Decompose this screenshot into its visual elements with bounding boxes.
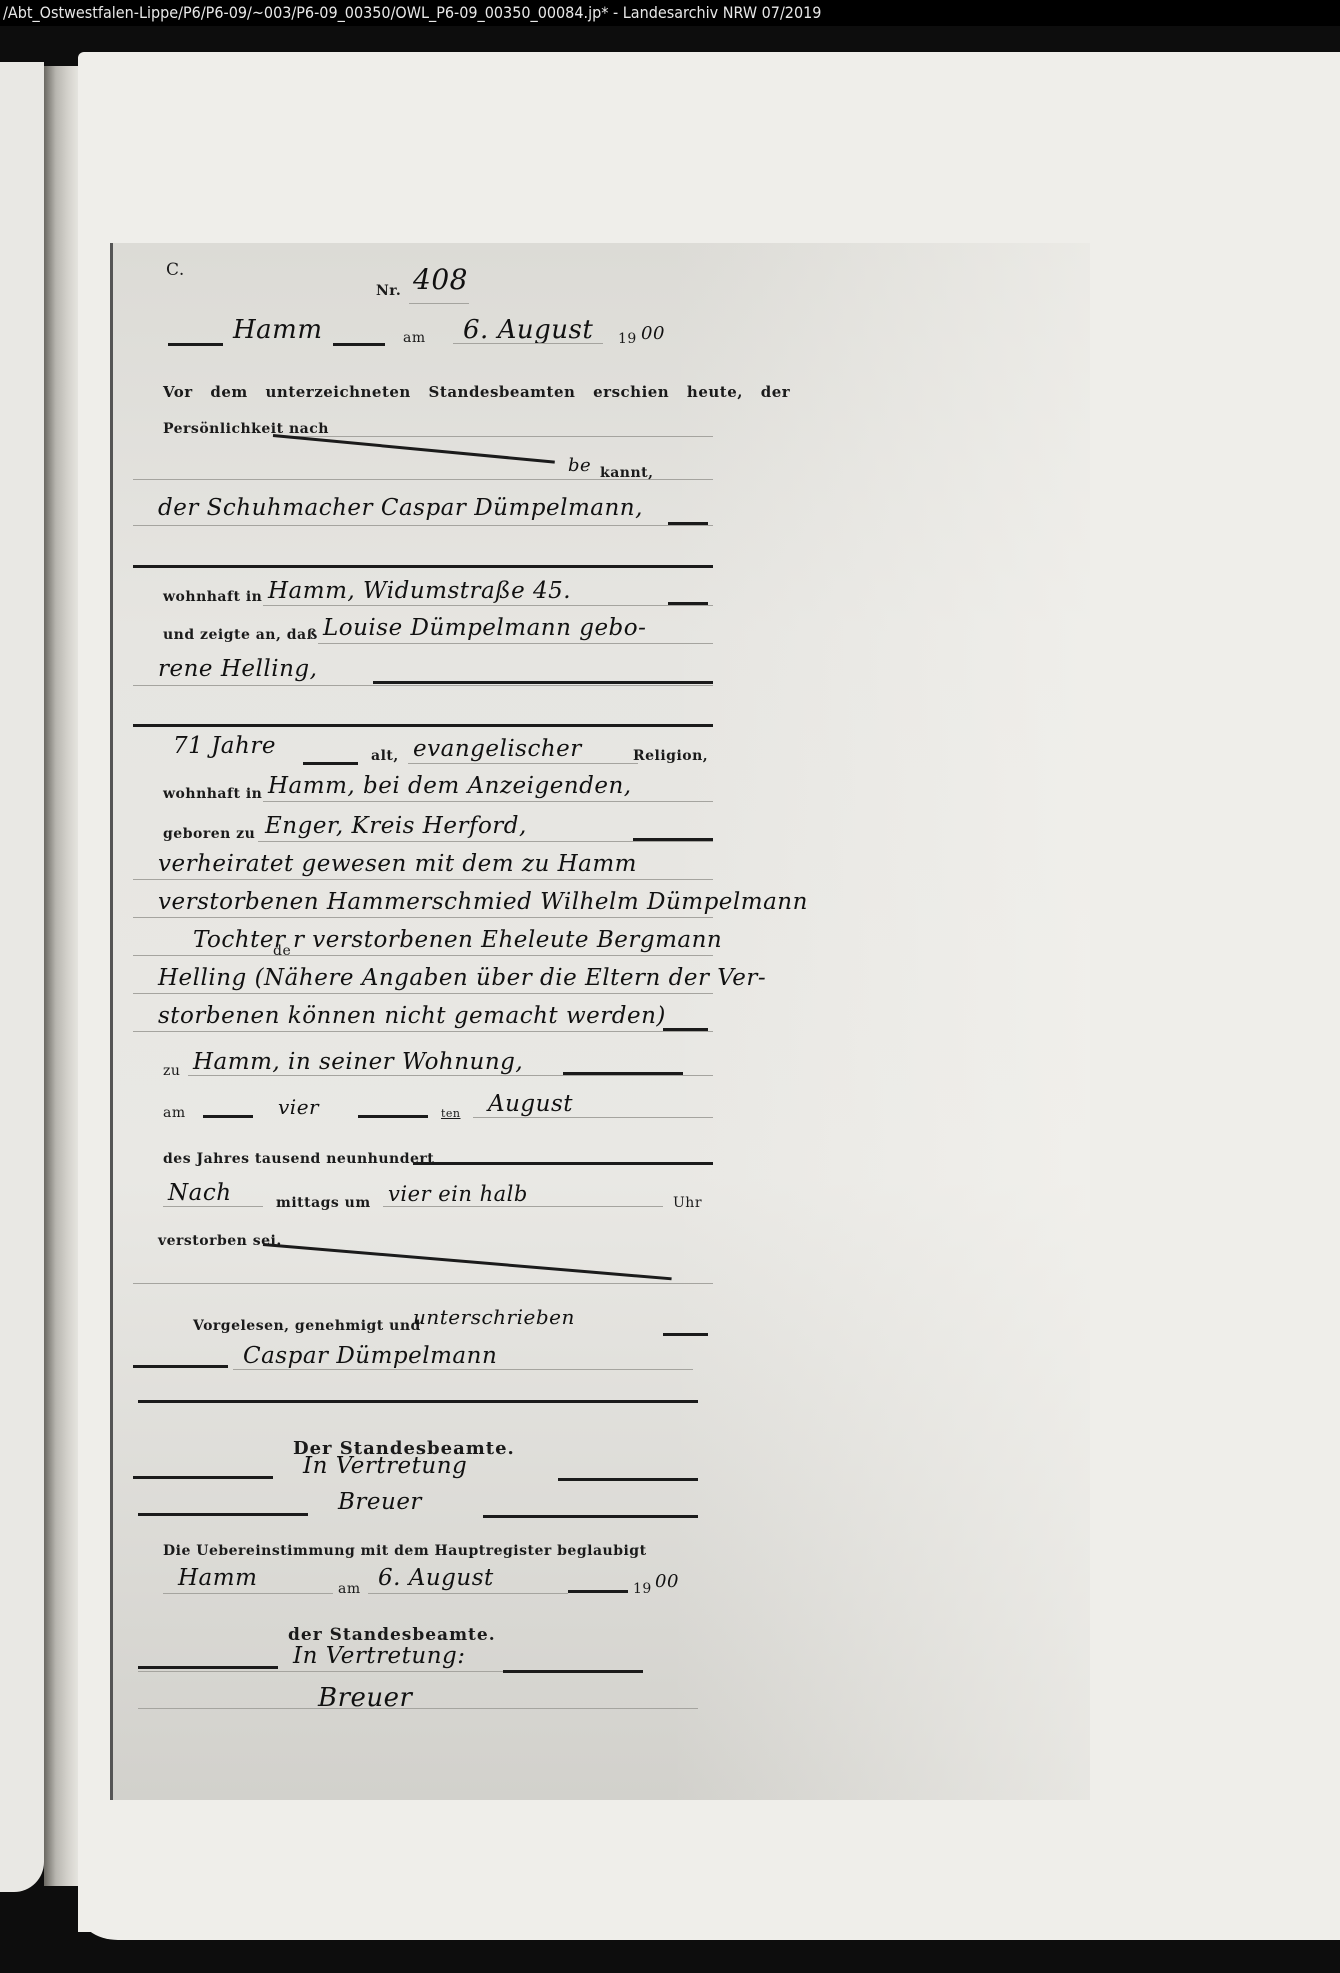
details-line-3-print: de <box>273 943 291 959</box>
geboren-label: geboren zu <box>163 826 255 842</box>
cert-heading: der Standesbeamte. <box>288 1625 496 1645</box>
deceased-residence: Hamm, bei dem Anzeigenden, <box>268 773 632 799</box>
declarant: der Schuhmacher Caspar Dümpelmann, <box>158 495 643 521</box>
intro-line: Vor dem unterzeichneten Standesbeamten e… <box>163 383 790 401</box>
uhr-label: Uhr <box>673 1195 702 1211</box>
cert-place: Hamm <box>178 1565 257 1591</box>
certification-line: Die Uebereinstimmung mit dem Hauptregist… <box>163 1543 647 1559</box>
details-line-2: verstorbenen Hammerschmied Wilhelm Dümpe… <box>158 889 808 915</box>
jahres-label: des Jahres tausend neunhundert <box>163 1151 434 1167</box>
death-day: vier <box>278 1095 319 1119</box>
details-line-5: storbenen können nicht gemacht werden) <box>158 1003 666 1029</box>
death-month: August <box>488 1091 573 1117</box>
death-register-sheet: C. Nr. 408 Hamm am 6. August 19 00 Vor d… <box>110 243 1090 1800</box>
register-number: 408 <box>413 263 468 296</box>
death-time: vier ein halb <box>388 1182 528 1206</box>
deceased-name-line2: rene Helling, <box>158 656 317 682</box>
register-date: 6. August <box>463 315 593 345</box>
details-line-3-hand: Tochter <box>193 927 285 953</box>
deceased-age: 71 Jahre <box>173 733 276 759</box>
year-prefix: 19 <box>618 331 637 347</box>
ten-label: ten <box>441 1107 461 1120</box>
left-book-page <box>0 62 44 1892</box>
deceased-name-line1: Louise Dümpelmann gebo- <box>323 615 646 641</box>
cert-year-suffix: 00 <box>655 1571 679 1592</box>
wohnhaft-label: wohnhaft in <box>163 589 262 605</box>
verstorben-label: verstorben sei. <box>158 1233 282 1249</box>
bekannt-prefix: be <box>568 455 591 476</box>
cert-vertretung: In Vertretung: <box>293 1643 466 1669</box>
declarant-signature: Caspar Dümpelmann <box>243 1343 497 1369</box>
birthplace: Enger, Kreis Herford, <box>265 813 527 839</box>
form-letter: C. <box>166 260 185 280</box>
nr-label: Nr. <box>376 283 401 299</box>
unterschrieben: unterschrieben <box>413 1305 575 1329</box>
right-book-page-bottom <box>78 1880 1340 1940</box>
details-line-4: Helling (Nähere Angaben über die Eltern … <box>158 965 766 991</box>
wohnhaft-label-2: wohnhaft in <box>163 786 262 802</box>
details-line-1: verheiratet gewesen mit dem zu Hamm <box>158 851 637 877</box>
am-label-2: am <box>163 1105 186 1121</box>
window-title-bar: /Abt_Ostwestfalen-Lippe/P6/P6-09/~003/P6… <box>0 0 1340 26</box>
book-gutter <box>44 66 78 1886</box>
details-line-3-rest: r verstorbenen Eheleute Bergmann <box>293 927 722 953</box>
alt-label: alt, <box>371 748 399 764</box>
window-title: /Abt_Ostwestfalen-Lippe/P6/P6-09/~003/P6… <box>3 3 821 22</box>
cert-am-label: am <box>338 1581 361 1597</box>
year-suffix: 00 <box>641 323 665 344</box>
mittags-label: mittags um <box>276 1195 371 1211</box>
vorgelesen-label: Vorgelesen, genehmigt und <box>193 1318 421 1334</box>
declarant-residence: Hamm, Widumstraße 45. <box>268 578 571 604</box>
persoenlichkeit-label: Persönlichkeit nach <box>163 421 329 437</box>
zu-label: zu <box>163 1063 180 1079</box>
zeigte-an-label: und zeigte an, daß <box>163 627 318 643</box>
cert-date: 6. August <box>378 1565 494 1591</box>
cert-year-prefix: 19 <box>633 1581 652 1597</box>
register-place: Hamm <box>233 315 322 345</box>
bekannt-label: kannt, <box>600 465 653 481</box>
religion-label: Religion, <box>633 748 708 764</box>
religion: evangelischer <box>413 736 582 762</box>
time-prefix: Nach <box>168 1180 232 1206</box>
official-signature: Breuer <box>338 1489 422 1515</box>
vertretung-text: In Vertretung <box>303 1453 467 1479</box>
death-place: Hamm, in seiner Wohnung, <box>193 1049 523 1075</box>
am-label: am <box>403 330 426 346</box>
